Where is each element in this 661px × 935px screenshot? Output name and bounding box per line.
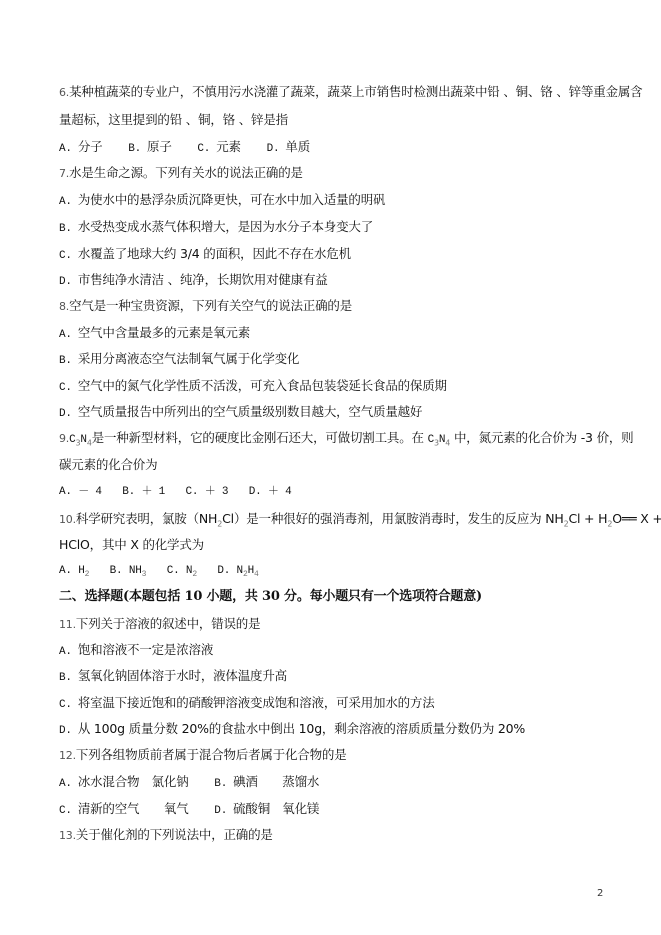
q10-stem-line2: HClO，其中 X 的化学式为 — [59, 537, 621, 553]
q12-option-b: 碘酒 蒸馏水 — [233, 774, 319, 789]
q10-option-d: N2H4 — [237, 565, 259, 577]
q6-option-b: 原子 — [147, 139, 172, 154]
q6-option-d: 单质 — [285, 139, 310, 154]
q10-option-b: NH3 — [129, 565, 146, 577]
q12-option-a: 冰水混合物 氯化钠 — [78, 774, 189, 789]
q9-option-d: ＋ 4 — [268, 486, 292, 498]
document-page: 6.某种植蔬菜的专业户，不慎用污水浇灌了蔬菜，蔬菜上市销售时检测出蔬菜中铅 、铜… — [0, 0, 661, 935]
q9-stem-line2: 碳元素的化合价为 — [59, 457, 621, 473]
q7-stem: 7.水是生命之源。下列有关水的说法正确的是 — [59, 165, 621, 182]
q8-option-d: D.空气质量报告中所列出的空气质量级别数目越大，空气质量越好 — [59, 404, 621, 422]
q11-option-b: B.氢氧化钠固体溶于水时，液体温度升高 — [59, 668, 621, 686]
q9-option-a: － 4 — [78, 486, 102, 498]
q6-stem-line1: 6.某种植蔬菜的专业户，不慎用污水浇灌了蔬菜，蔬菜上市销售时检测出蔬菜中铅 、铜… — [59, 84, 621, 101]
q8-option-c: C.空气中的氮气化学性质不活泼，可充入食品包装袋延长食品的保质期 — [59, 378, 621, 396]
q10-options: A. H2 B. NH3 C. N2 D. N2H4 — [59, 563, 621, 583]
q8-option-b: B.采用分离液态空气法制氧气属于化学变化 — [59, 351, 621, 369]
q11-option-c: C.将室温下接近饱和的硝酸钾溶液变成饱和溶液，可采用加水的方法 — [59, 695, 621, 713]
q6-option-a: 分子 — [78, 139, 103, 154]
q11-option-d: D.从 100g 质量分数 20%的食盐水中倒出 10g，剩余溶液的溶质质量分数… — [59, 721, 621, 739]
q11-option-a: A.饱和溶液不一定是浓溶液 — [59, 642, 621, 660]
q6-option-c: 元素 — [216, 139, 241, 154]
q6-number: 6. — [59, 86, 69, 99]
q12-options-ab: A.冰水混合物 氯化钠 B.碘酒 蒸馏水 — [59, 774, 621, 792]
q7-option-c: C.水覆盖了地球大约 3/4 的面积，因此不存在水危机 — [59, 246, 621, 264]
q10-option-a: H2 — [78, 565, 89, 577]
q6-stem-line2: 量超标，这里提到的铅 、铜，铬 、锌是指 — [59, 112, 621, 128]
q13-stem: 13.关于催化剂的下列说法中，正确的是 — [59, 827, 621, 844]
q10-option-c: N2 — [186, 565, 197, 577]
page-number: 2 — [597, 888, 603, 899]
q12-stem: 12.下列各组物质前者属于混合物后者属于化合物的是 — [59, 747, 621, 764]
q7-option-a: A.为使水中的悬浮杂质沉降更快，可在水中加入适量的明矾 — [59, 192, 621, 210]
q6-options: A.分子 B.原子 C.元素 D.单质 — [59, 139, 621, 157]
section-heading: 二、选择题(本题包括 10 小题，共 30 分。每小题只有一个选项符合题意) — [59, 589, 621, 605]
q8-stem: 8.空气是一种宝贵资源，下列有关空气的说法正确的是 — [59, 298, 621, 315]
q9-option-c: ＋ 3 — [205, 486, 229, 498]
q9-stem-line1: 9.C3N4是一种新型材料，它的硬度比金刚石还大，可做切割工具。在 C3N4 中… — [59, 430, 621, 452]
q7-option-b: B.水受热变成水蒸气体积增大，是因为水分子本身变大了 — [59, 219, 621, 237]
q10-stem-line1: 10.科学研究表明，氯胺（NH2Cl）是一种很好的强消毒剂，用氯胺消毒时，发生的… — [59, 511, 621, 533]
q9-option-b: ＋ 1 — [141, 486, 165, 498]
q9-options: A. － 4 B. ＋ 1 C. ＋ 3 D. ＋ 4 — [59, 484, 621, 500]
q12-option-d: 硫酸铜 氧化镁 — [233, 801, 319, 816]
q8-option-a: A.空气中含量最多的元素是氧元素 — [59, 325, 621, 343]
q12-option-c: 清新的空气 氧气 — [78, 801, 189, 816]
q7-option-d: D.市售纯净水清洁 、纯净，长期饮用对健康有益 — [59, 272, 621, 290]
q11-stem: 11.下列关于溶液的叙述中，错误的是 — [59, 616, 621, 633]
q12-options-cd: C.清新的空气 氧气 D.硫酸铜 氧化镁 — [59, 801, 621, 819]
